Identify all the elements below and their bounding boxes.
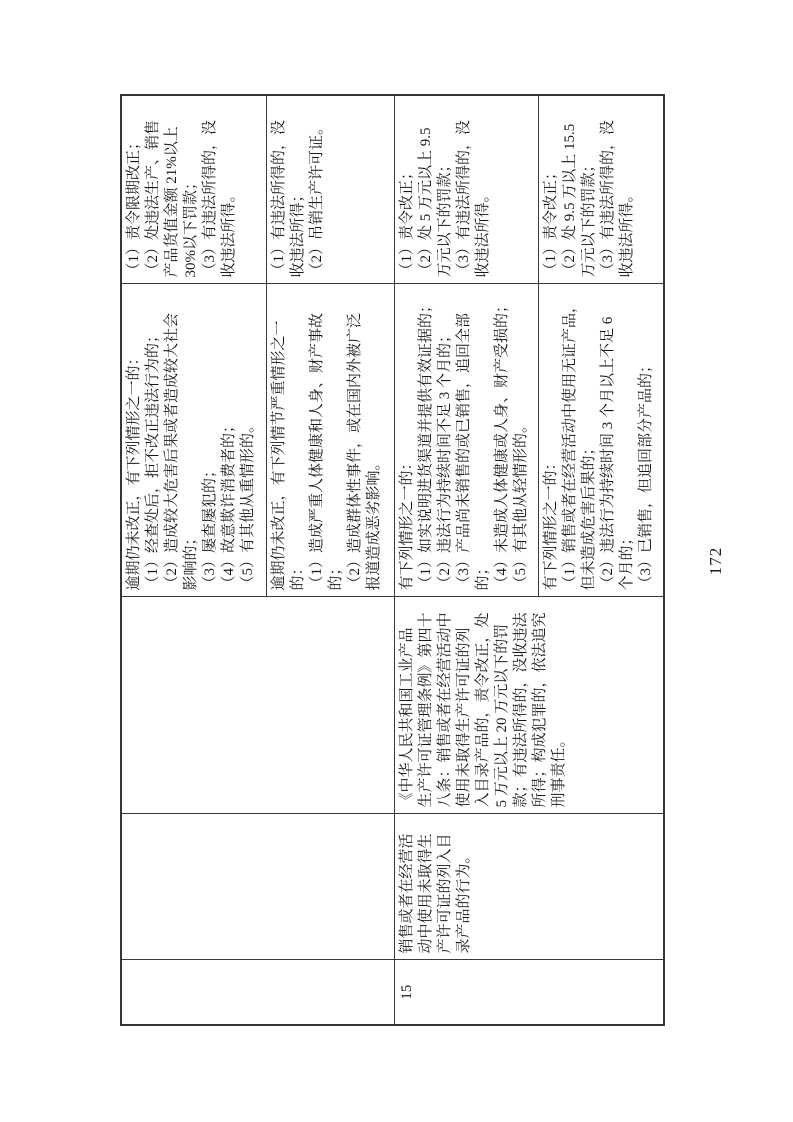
cell-serial-number: 15 bbox=[394, 960, 664, 1025]
cell-penalty-tier-a: （1）责令限期改正； （2）处违法生产、销售 产品货值金额 21%以上 30%以… bbox=[121, 95, 266, 284]
cell-circumstance-tier-1: 有下列情形之一的： （1）如实说明进货渠道并提供有效证据的； （2）违法行为持续… bbox=[394, 284, 538, 597]
cell-basis-empty-continued bbox=[121, 597, 394, 814]
cell-violation-behavior: 销售或者在经营活 动中使用未取得生 产许可证的列入目 录产品的行为。 bbox=[394, 814, 664, 960]
cell-circumstance-tier-2: 有下列情形之一的： （1）销售或者在经营活动中使用无证产品， 但未造成危害后果的… bbox=[538, 284, 664, 597]
rotated-landscape-content: 逾期仍未改正，有下列情形之一的： （1）经查处后，拒不改正违法行为的； （2）造… bbox=[0, 0, 793, 1122]
table-row: 15 销售或者在经营活 动中使用未取得生 产许可证的列入目 录产品的行为。 《中… bbox=[394, 95, 538, 1025]
cell-penalty-tier-2: （1）责令改正； （2）处 9.5 万以上 15.5 万元以下的罚款； （3）有… bbox=[538, 95, 664, 284]
page-number: 172 bbox=[706, 0, 726, 1122]
cell-circumstance-tier-a: 逾期仍未改正，有下列情形之一的： （1）经查处后，拒不改正违法行为的； （2）造… bbox=[121, 284, 266, 597]
cell-serial-empty-continued bbox=[121, 960, 394, 1025]
cell-penalty-tier-b: （1）有违法所得的，没 收违法所得； （2）吊销生产许可证。 bbox=[266, 95, 394, 284]
cell-penalty-tier-1: （1）责令改正； （2）处 5 万元以上 9.5 万元以下的罚款； （3）有违法… bbox=[394, 95, 538, 284]
document-page: 逾期仍未改正，有下列情形之一的： （1）经查处后，拒不改正违法行为的； （2）造… bbox=[0, 0, 793, 1122]
penalty-rules-table: 逾期仍未改正，有下列情形之一的： （1）经查处后，拒不改正违法行为的； （2）造… bbox=[120, 94, 665, 1026]
cell-penalty-basis: 《中华人民共和国工业产品 生产许可证管理条例》第四十 八条：销售或者在经营活动中… bbox=[394, 597, 664, 814]
table-row: 逾期仍未改正，有下列情形之一的： （1）经查处后，拒不改正违法行为的； （2）造… bbox=[121, 95, 266, 1025]
cell-behavior-empty-continued bbox=[121, 814, 394, 960]
cell-circumstance-tier-b: 逾期仍未改正，有下列情节严重情形之一 的： （1）造成严重人体健康和人身、财产事… bbox=[266, 284, 394, 597]
